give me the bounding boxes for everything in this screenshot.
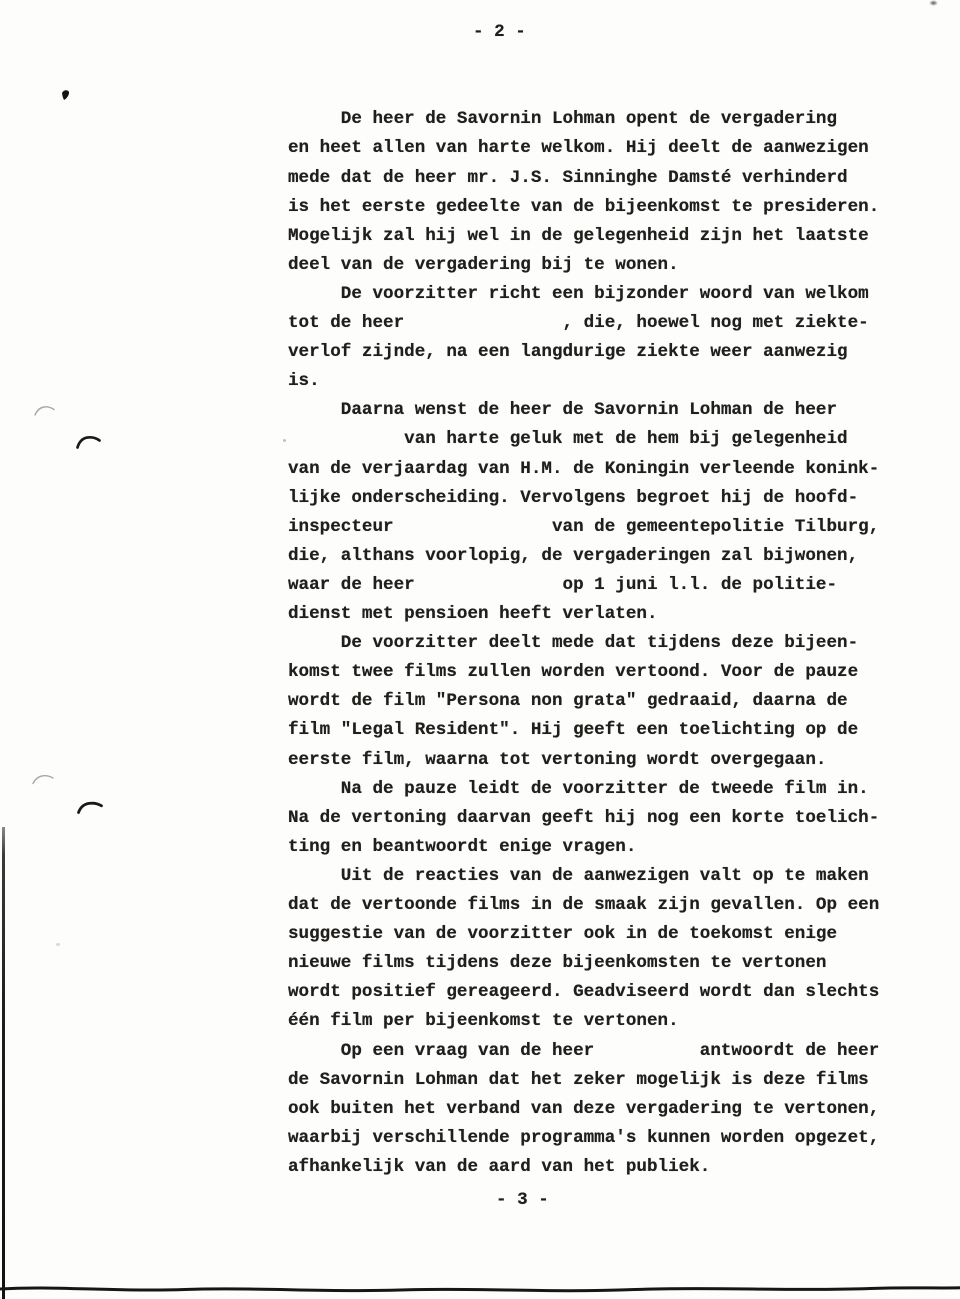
text-line: ook buiten het verband van deze vergader… — [288, 1095, 879, 1124]
text-line: tot de heer , die, hoewel nog met ziekte… — [288, 309, 869, 338]
text-line: Daarna wenst de heer de Savornin Lohman … — [288, 396, 837, 425]
text-line: nieuwe films tijdens deze bijeenkomsten … — [288, 949, 826, 978]
text-line: mede dat de heer mr. J.S. Sinninghe Dams… — [288, 164, 848, 193]
scan-speck-small-2 — [56, 943, 60, 946]
text-line: dat de vertoonde films in de smaak zijn … — [288, 891, 879, 920]
document-body: De heer de Savornin Lohman opent de verg… — [0, 0, 960, 1299]
scanned-document-page: - 2 - De heer de Savornin Lohman opent d… — [0, 0, 960, 1299]
text-line: inspecteur van de gemeentepolitie Tilbur… — [288, 513, 879, 542]
text-line: van de verjaardag van H.M. de Koningin v… — [288, 455, 879, 484]
scan-speck-top-right — [929, 0, 938, 6]
text-line: waar de heer op 1 juni l.l. de politie- — [288, 571, 837, 600]
text-line: eerste film, waarna tot vertoning wordt … — [288, 746, 826, 775]
text-line: Mogelijk zal hij wel in de gelegenheid z… — [288, 222, 869, 251]
scan-edge-line-bottom — [0, 1281, 960, 1297]
handwritten-arc-light-1 — [34, 405, 55, 418]
text-line: is het eerste gedeelte van de bijeenkoms… — [288, 193, 879, 222]
text-line: één film per bijeenkomst te vertonen. — [288, 1007, 679, 1036]
text-line: is. — [288, 367, 320, 396]
handwritten-arc-dark-2 — [77, 801, 103, 815]
text-line: deel van de vergadering bij te wonen. — [288, 251, 679, 280]
text-line: afhankelijk van de aard van het publiek. — [288, 1153, 710, 1182]
text-line: lijke onderscheiding. Vervolgens begroet… — [288, 484, 858, 513]
text-line: ting en beantwoordt enige vragen. — [288, 833, 636, 862]
scan-edge-line-left — [2, 827, 5, 1299]
text-line: dienst met pensioen heeft verlaten. — [288, 600, 658, 629]
text-line: De voorzitter richt een bijzonder woord … — [288, 280, 869, 309]
ink-blob-mark — [60, 89, 72, 103]
text-line: waarbij verschillende programma's kunnen… — [288, 1124, 879, 1153]
text-line: De voorzitter deelt mede dat tijdens dez… — [288, 629, 858, 658]
text-line: film "Legal Resident". Hij geeft een toe… — [288, 716, 858, 745]
text-line: die, althans voorlopig, de vergaderingen… — [288, 542, 858, 571]
text-line: wordt positief gereageerd. Geadviseerd w… — [288, 978, 879, 1007]
handwritten-arc-dark-1 — [76, 435, 101, 450]
text-line: wordt de film "Persona non grata" gedraa… — [288, 687, 848, 716]
text-line: van harte geluk met de hem bij gelegenhe… — [288, 425, 848, 454]
text-line: verlof zijnde, na een langdurige ziekte … — [288, 338, 848, 367]
text-line: komst twee films zullen worden vertoond.… — [288, 658, 858, 687]
text-line: Na de vertoning daarvan geeft hij nog ee… — [288, 804, 879, 833]
text-line: Na de pauze leidt de voorzitter de tweed… — [288, 775, 869, 804]
text-line: en heet allen van harte welkom. Hij deel… — [288, 134, 869, 163]
text-line: Op een vraag van de heer antwoordt de he… — [288, 1037, 879, 1066]
page-number-bottom: - 3 - — [496, 1186, 549, 1215]
handwritten-arc-light-2 — [32, 774, 54, 786]
scan-speck-small-1 — [283, 439, 286, 442]
text-line: Uit de reacties van de aanwezigen valt o… — [288, 862, 869, 891]
text-line: suggestie van de voorzitter ook in de to… — [288, 920, 837, 949]
text-line: De heer de Savornin Lohman opent de verg… — [288, 105, 837, 134]
text-line: de Savornin Lohman dat het zeker mogelij… — [288, 1066, 869, 1095]
